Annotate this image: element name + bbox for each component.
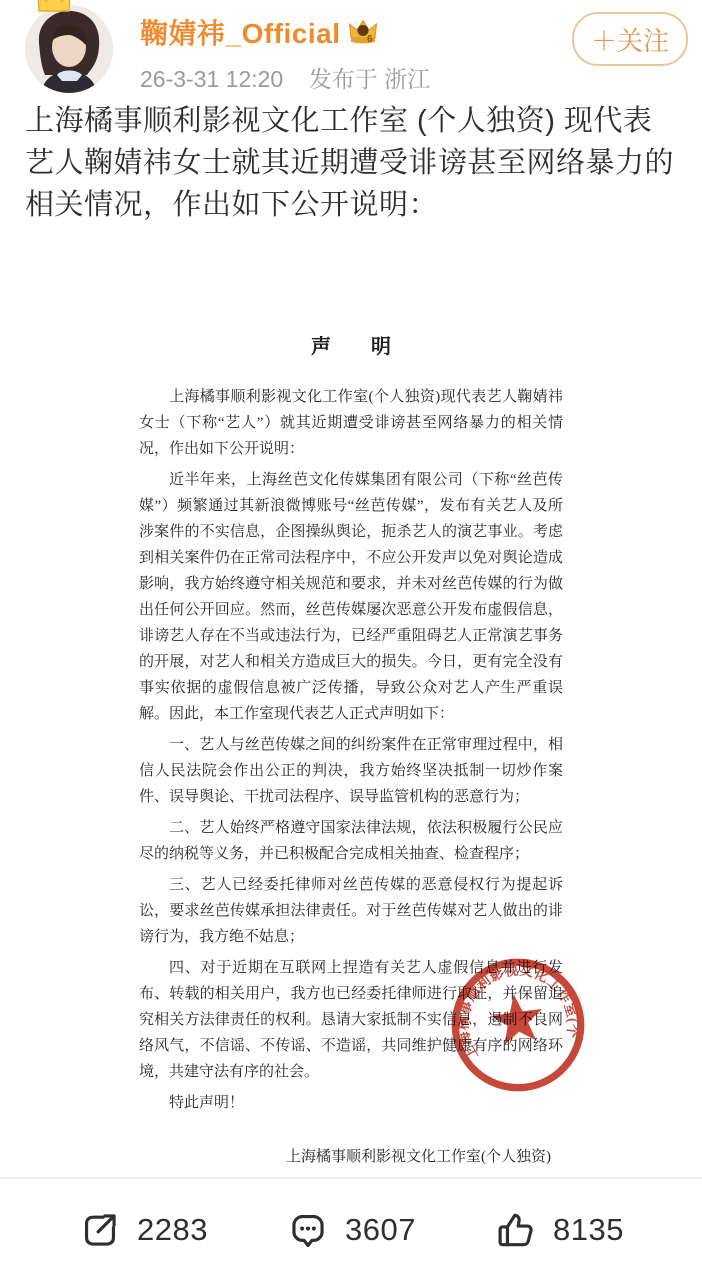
crown-pendant-icon bbox=[36, 0, 72, 17]
avatar[interactable] bbox=[25, 5, 113, 93]
post-time: 26-3-31 12:20 bbox=[140, 66, 283, 92]
weibo-post-screen: 鞠婧祎_Official 6 26-3-31 12:20 发布于 浙江 ＋关注 … bbox=[0, 0, 702, 1280]
follow-button[interactable]: ＋关注 bbox=[572, 12, 688, 66]
avatar-illustration bbox=[25, 5, 113, 93]
thumbs-up-icon bbox=[494, 1208, 538, 1252]
statement-paragraph: 近半年来，上海丝芭文化传媒集团有限公司（下称“丝芭传媒”）频繁通过其新浪微博账号… bbox=[139, 467, 563, 727]
vip-crown-6-icon: 6 bbox=[348, 18, 378, 46]
action-bar: 2283 3607 8135 bbox=[0, 1177, 702, 1280]
like-count: 8135 bbox=[553, 1212, 624, 1248]
post-text: 上海橘事顺利影视文化工作室 (个人独资) 现代表艺人鞠婧祎女士就其近期遭受诽谤甚… bbox=[25, 100, 681, 226]
seal-star bbox=[488, 990, 546, 1046]
share-count: 2283 bbox=[137, 1212, 208, 1248]
comment-count: 3607 bbox=[345, 1212, 416, 1248]
like-button[interactable]: 8135 bbox=[494, 1208, 624, 1252]
statement-signature: 上海橘事顺利影视文化工作室(个人独资) bbox=[139, 1144, 563, 1170]
timestamp: 26-3-31 12:20 发布于 浙江 bbox=[140, 61, 430, 94]
svg-text:6: 6 bbox=[367, 34, 373, 45]
statement-title: 声 明 bbox=[139, 334, 563, 360]
statement-paragraph: 三、艺人已经委托律师对丝芭传媒的恶意侵权行为提起诉讼，要求丝芭传媒承担法律责任。… bbox=[139, 872, 563, 950]
username[interactable]: 鞠婧祎_Official bbox=[140, 12, 340, 52]
user-block: 鞠婧祎_Official 6 26-3-31 12:20 发布于 浙江 bbox=[140, 12, 430, 94]
comment-button[interactable]: 3607 bbox=[286, 1208, 416, 1252]
share-arrow-icon bbox=[78, 1208, 122, 1252]
post-header: 鞠婧祎_Official 6 26-3-31 12:20 发布于 浙江 ＋关注 bbox=[0, 0, 702, 96]
statement-paragraph: 一、艺人与丝芭传媒之间的纠纷案件在正常审理过程中，相信人民法院会作出公正的判决，… bbox=[139, 732, 563, 810]
post-location: 发布于 浙江 bbox=[309, 66, 430, 92]
comment-bubble-icon bbox=[286, 1208, 330, 1252]
official-seal-stamp: 上海橘事顺利影视文化工作室(个人独资) bbox=[439, 946, 597, 1104]
statement-paragraph: 上海橘事顺利影视文化工作室(个人独资)现代表艺人鞠婧祎女士（下称“艺人”）就其近… bbox=[139, 384, 563, 462]
statement-paragraph: 二、艺人始终严格遵守国家法律法规，依法积极履行公民应尽的纳税等义务，并已积极配合… bbox=[139, 815, 563, 867]
share-button[interactable]: 2283 bbox=[78, 1208, 208, 1252]
